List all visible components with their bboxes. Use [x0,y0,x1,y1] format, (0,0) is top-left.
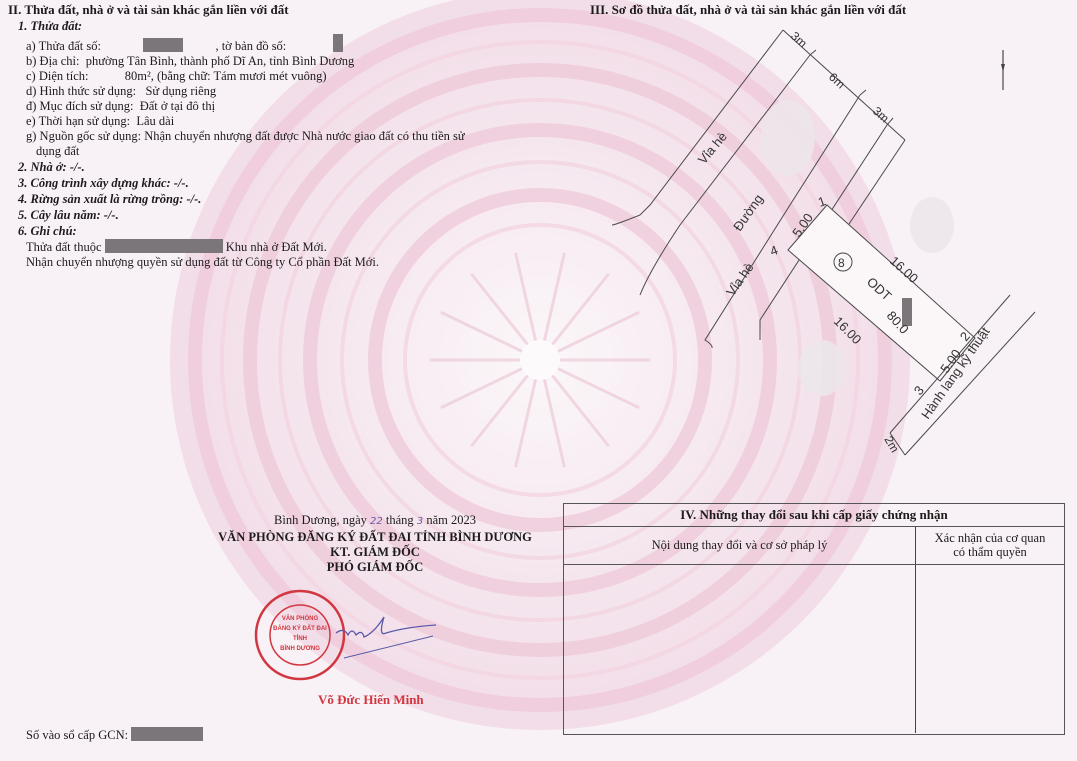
registry-number-row: Số vào sổ cấp GCN: [26,727,203,743]
origin-value: Nhận chuyển nhượng đất được Nhà nước gia… [144,129,464,143]
signer-role-2: PHÓ GIÁM ĐỐC [190,560,560,575]
notes-line-2: Nhận chuyển nhượng quyền sử dụng đất từ … [8,255,548,270]
issuing-organization: VĂN PHÒNG ĐĂNG KÝ ĐẤT ĐAI TỈNH BÌNH DƯƠN… [190,530,560,545]
date-year: năm 2023 [426,513,476,527]
changes-table: IV. Những thay đổi sau khi cấp giấy chứn… [563,503,1065,735]
land-heading: 1. Thửa đất: [8,18,548,34]
notes-prefix: Thửa đất thuộc [26,240,102,254]
signature-block: Bình Dương, ngày 22 tháng 3 năm 2023 VĂN… [190,512,560,575]
registry-number-redacted [131,727,203,741]
section-ii-title: II. Thửa đất, nhà ở và tài sản khác gắn … [8,2,548,18]
usage-form-value: Sử dụng riêng [145,84,216,98]
term-row: e) Thời hạn sử dụng: Lâu dài [8,114,548,129]
parcel-number-label: a) Thửa đất số: [26,39,101,53]
registry-label: Số vào sổ cấp GCN: [26,728,128,742]
purpose-row: đ) Mục đích sử dụng: Đất ở tại đô thị [8,99,548,114]
section-land-info: II. Thửa đất, nhà ở và tài sản khác gắn … [8,2,548,270]
map-sheet-label: , tờ bản đồ số: [215,39,286,53]
column-header-changes: Nội dung thay đổi và cơ sở pháp lý [564,527,916,564]
svg-text:BÌNH DƯƠNG: BÌNH DƯƠNG [280,644,320,652]
date-prefix: Bình Dương, ngày [274,513,367,527]
house-row: 2. Nhà ở: -/-. [8,159,548,175]
date-day: 22 [370,516,383,527]
notes-heading: 6. Ghi chú: [8,223,548,239]
column-header-confirmation-line1: Xác nhận của cơ quan [916,531,1064,545]
origin-row-continued: dụng đất [8,144,548,159]
notes-suffix: Khu nhà ở Đất Mới. [226,240,327,254]
term-value: Lâu dài [136,114,174,128]
changes-cell-empty [564,565,916,733]
svg-text:VĂN PHÒNG: VĂN PHÒNG [282,614,319,622]
plantation-forest-row: 4. Rừng sản xuất là rừng trồng: -/-. [8,191,548,207]
term-label: e) Thời hạn sử dụng: [26,114,130,128]
changes-table-header: Nội dung thay đổi và cơ sở pháp lý Xác n… [564,527,1064,565]
svg-text:TỈNH: TỈNH [293,635,307,642]
purpose-label: đ) Mục đích sử dụng: [26,99,133,113]
area-row: c) Diện tích: 80m², (bằng chữ: Tám mươi … [8,69,548,84]
section-iii-title: III. Sơ đồ thửa đất, nhà ở và tài sản kh… [590,2,906,18]
origin-label: g) Nguồn gốc sử dụng: [26,129,141,143]
date-month: 3 [417,516,423,527]
signer-role-1: KT. GIÁM ĐỐC [190,545,560,560]
address-value: phường Tân Bình, thành phố Dĩ An, tỉnh B… [86,54,355,68]
usage-form-row: d) Hình thức sử dụng: Sử dụng riêng [8,84,548,99]
other-construction-row: 3. Công trình xây dựng khác: -/-. [8,175,548,191]
purpose-value: Đất ở tại đô thị [140,99,215,113]
svg-text:ĐĂNG KÝ ĐẤT ĐAI: ĐĂNG KÝ ĐẤT ĐAI [273,625,327,632]
map-sheet-redacted [333,34,343,52]
address-row: b) Địa chỉ: phường Tân Bình, thành phố D… [8,54,548,69]
signer-name: Võ Đức Hiến Minh [318,692,424,708]
column-header-confirmation-line2: có thẩm quyền [916,545,1064,559]
notes-line-1: Thửa đất thuộc Khu nhà ở Đất Mới. [8,239,548,255]
origin-row: g) Nguồn gốc sử dụng: Nhận chuyển nhượng… [8,129,548,144]
column-header-confirmation: Xác nhận của cơ quan có thẩm quyền [916,527,1064,564]
confirmation-cell-empty [916,565,1064,733]
changes-table-body [564,565,1064,733]
perennial-trees-row: 5. Cây lâu năm: -/-. [8,207,548,223]
parcel-number-row: a) Thửa đất số: , tờ bản đồ số: [8,34,548,54]
area-label: c) Diện tích: [26,69,88,83]
usage-form-label: d) Hình thức sử dụng: [26,84,136,98]
section-iv-title: IV. Những thay đổi sau khi cấp giấy chứn… [564,504,1064,527]
area-value: 80m², (bằng chữ: Tám mươi mét vuông) [125,69,327,83]
issue-date: Bình Dương, ngày 22 tháng 3 năm 2023 [190,512,560,530]
official-stamp: VĂN PHÒNG ĐĂNG KÝ ĐẤT ĐAI TỈNH BÌNH DƯƠN… [248,588,448,688]
parcel-number-redacted [143,38,183,52]
address-label: b) Địa chỉ: [26,54,79,68]
date-month-label: tháng [386,513,414,527]
notes-redacted [105,239,223,253]
